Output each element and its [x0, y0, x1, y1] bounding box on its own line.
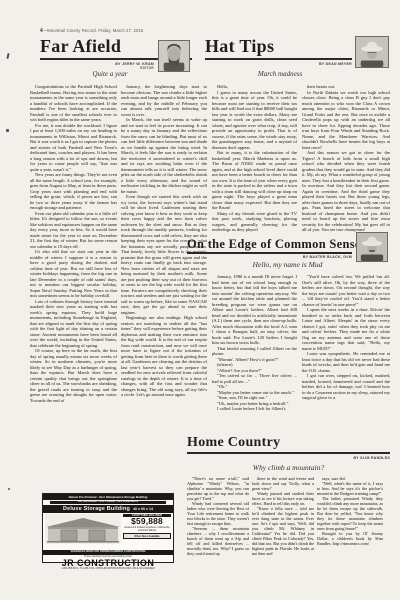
scan-artifact [8, 488, 10, 490]
hat-tips-column-1: Hello,I guess to many across the United … [212, 84, 297, 234]
jerry-kram-headshot [158, 40, 190, 72]
common-sense-subtitle: Hello, my name is Mud [200, 260, 375, 269]
common-sense-rule [187, 252, 352, 254]
ad-product-name: Deluxe Storage Building [63, 506, 130, 512]
far-afield-subtitle: Quite a year [30, 70, 190, 78]
far-afield-headline: Far Afield [40, 36, 121, 57]
newspaper-page: 4—Mountrail County Record, Friday, March… [0, 0, 400, 600]
scan-artifact [6, 53, 9, 59]
storage-building-ad: Deluxe Pre-Finished - Zero Maintenance S… [42, 493, 174, 563]
ad-product-bar: Deluxe Storage Building 40 x 60 x 14 [43, 505, 173, 512]
home-country-headline: Home Country [187, 435, 280, 451]
hat-tips-subtitle: March madness [205, 70, 355, 78]
common-sense-column-2: "You'd have calved 'em. We pulled 'em al… [302, 274, 390, 438]
ad-price: $59,888 [123, 517, 171, 526]
ad-banner-materials: ALL MATERIAL • ALL LABOR • ALL CONCRETE [49, 500, 167, 505]
hat-tips-headline: Hat Tips [205, 36, 274, 57]
common-sense-column-1: January, 1980 is a month I'll never forg… [212, 274, 297, 438]
ad-product-size: 40 x 60 x 14 [133, 507, 153, 511]
far-afield-column-1: Congratulations to the Parshall High Sch… [30, 84, 117, 488]
far-afield-byline: BY JERRY W. KRAM EDITOR [58, 62, 154, 70]
ad-company-name: JR CONSTRUCTION [43, 558, 173, 568]
scan-artifact [6, 129, 9, 132]
dean-meyer-headshot [355, 36, 389, 68]
ad-delivery-note: Delivered & installed anywhere in Minnes… [123, 527, 171, 533]
ad-banner-top: Deluxe Pre-Finished - Zero Maintenance S… [43, 494, 173, 500]
storage-building-photo [45, 514, 121, 549]
masthead: 4—Mountrail County Record, Friday, March… [40, 28, 260, 34]
home-country-subtitle: Why climb a mountain? [187, 463, 390, 472]
hat-tips-rule [205, 58, 352, 60]
home-country-column-3: says, sure did."Well, what's the name of… [317, 476, 383, 556]
hat-tips-byline: BY DEAN MEYER [240, 62, 352, 66]
common-sense-headline: On the Edge of Common Sense [187, 237, 361, 252]
home-country-rule [187, 452, 390, 454]
home-country-byline: BY SLIM RANDLES [278, 456, 390, 460]
far-afield-column-2: January, the brightening days start to b… [121, 84, 207, 491]
home-country-column-2: there in the wind and freeze and look do… [252, 476, 314, 556]
home-country-column-1: "There's no sense a-tall," said Alphonse… [187, 476, 249, 556]
masthead-text: —Mountrail County Record, Friday, March … [43, 28, 143, 33]
ad-contact-line: 1-800-358-5871 • 712-336-5712 • WWW.JRCO… [43, 568, 173, 571]
baxter-black-headshot [356, 232, 388, 262]
ad-other-sizes: Other Sizes Available [123, 533, 171, 539]
common-sense-byline: BY BAXTER BLACK, DVM [240, 255, 352, 259]
hat-tips-column-2: their hearts out.In North Dakota we watc… [302, 84, 390, 232]
